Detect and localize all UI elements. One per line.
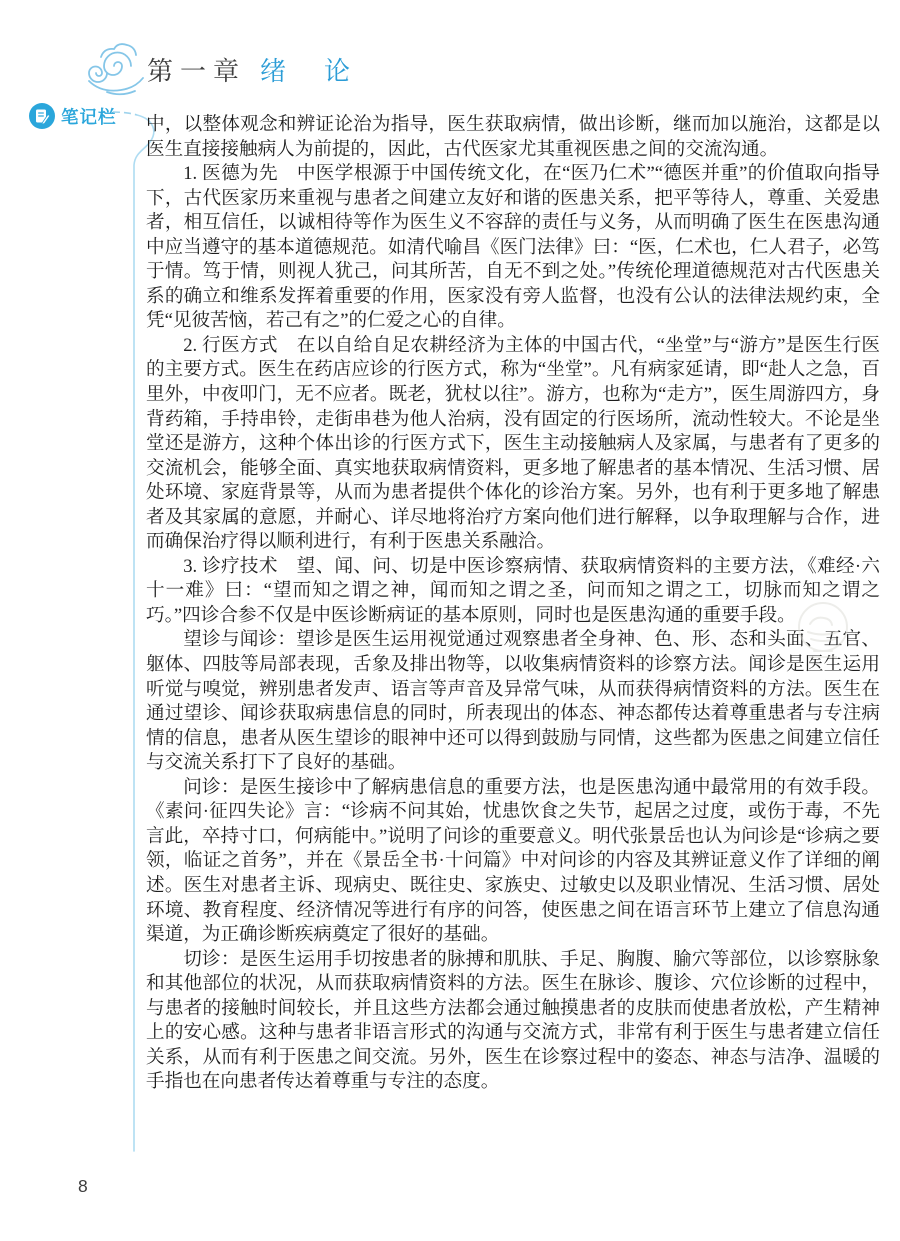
body-text: 中，以整体观念和辨证论治为指导，医生获取病情，做出诊断，继而加以施治，这都是以医… — [146, 113, 880, 1095]
paragraph: 中，以整体观念和辨证论治为指导，医生获取病情，做出诊断，继而加以施治，这都是以医… — [146, 113, 880, 162]
paragraph: 3. 诊疗技术 望、闻、问、切是中医诊察病情、获取病情资料的主要方法，《难经·六… — [146, 555, 880, 629]
publisher-seal-watermark — [784, 594, 862, 678]
chapter-title-char-1: 绪 — [260, 51, 286, 88]
paragraph: 望诊与闻诊：望诊是医生运用视觉通过观察患者全身神、色、形、态和头面、五官、躯体、… — [146, 628, 880, 775]
notes-column-label: 笔记栏 — [61, 104, 117, 129]
paragraph: 2. 行医方式 在以自给自足农耕经济为主体的中国古代，“坐堂”与“游方”是医生行… — [146, 334, 880, 555]
chapter-label: 第一章 — [147, 51, 246, 88]
notes-column-badge: 笔记栏 — [28, 102, 117, 130]
notepad-pen-icon — [28, 102, 56, 130]
chapter-title-char-2: 论 — [324, 51, 350, 88]
auspicious-cloud-icon — [83, 37, 149, 97]
page-number: 8 — [78, 1176, 88, 1197]
chapter-header: 第一章 绪 论 — [147, 51, 350, 88]
paragraph: 问诊：是医生接诊中了解病患信息的重要方法，也是医患沟通中最常用的有效手段。《素问… — [146, 776, 880, 948]
paragraph: 1. 医德为先 中医学根源于中国传统文化，在“医乃仁术”“德医并重”的价值取向指… — [146, 162, 880, 334]
paragraph: 切诊：是医生运用手切按患者的脉搏和肌肤、手足、胸腹、腧穴等部位，以诊察脉象和其他… — [146, 948, 880, 1095]
